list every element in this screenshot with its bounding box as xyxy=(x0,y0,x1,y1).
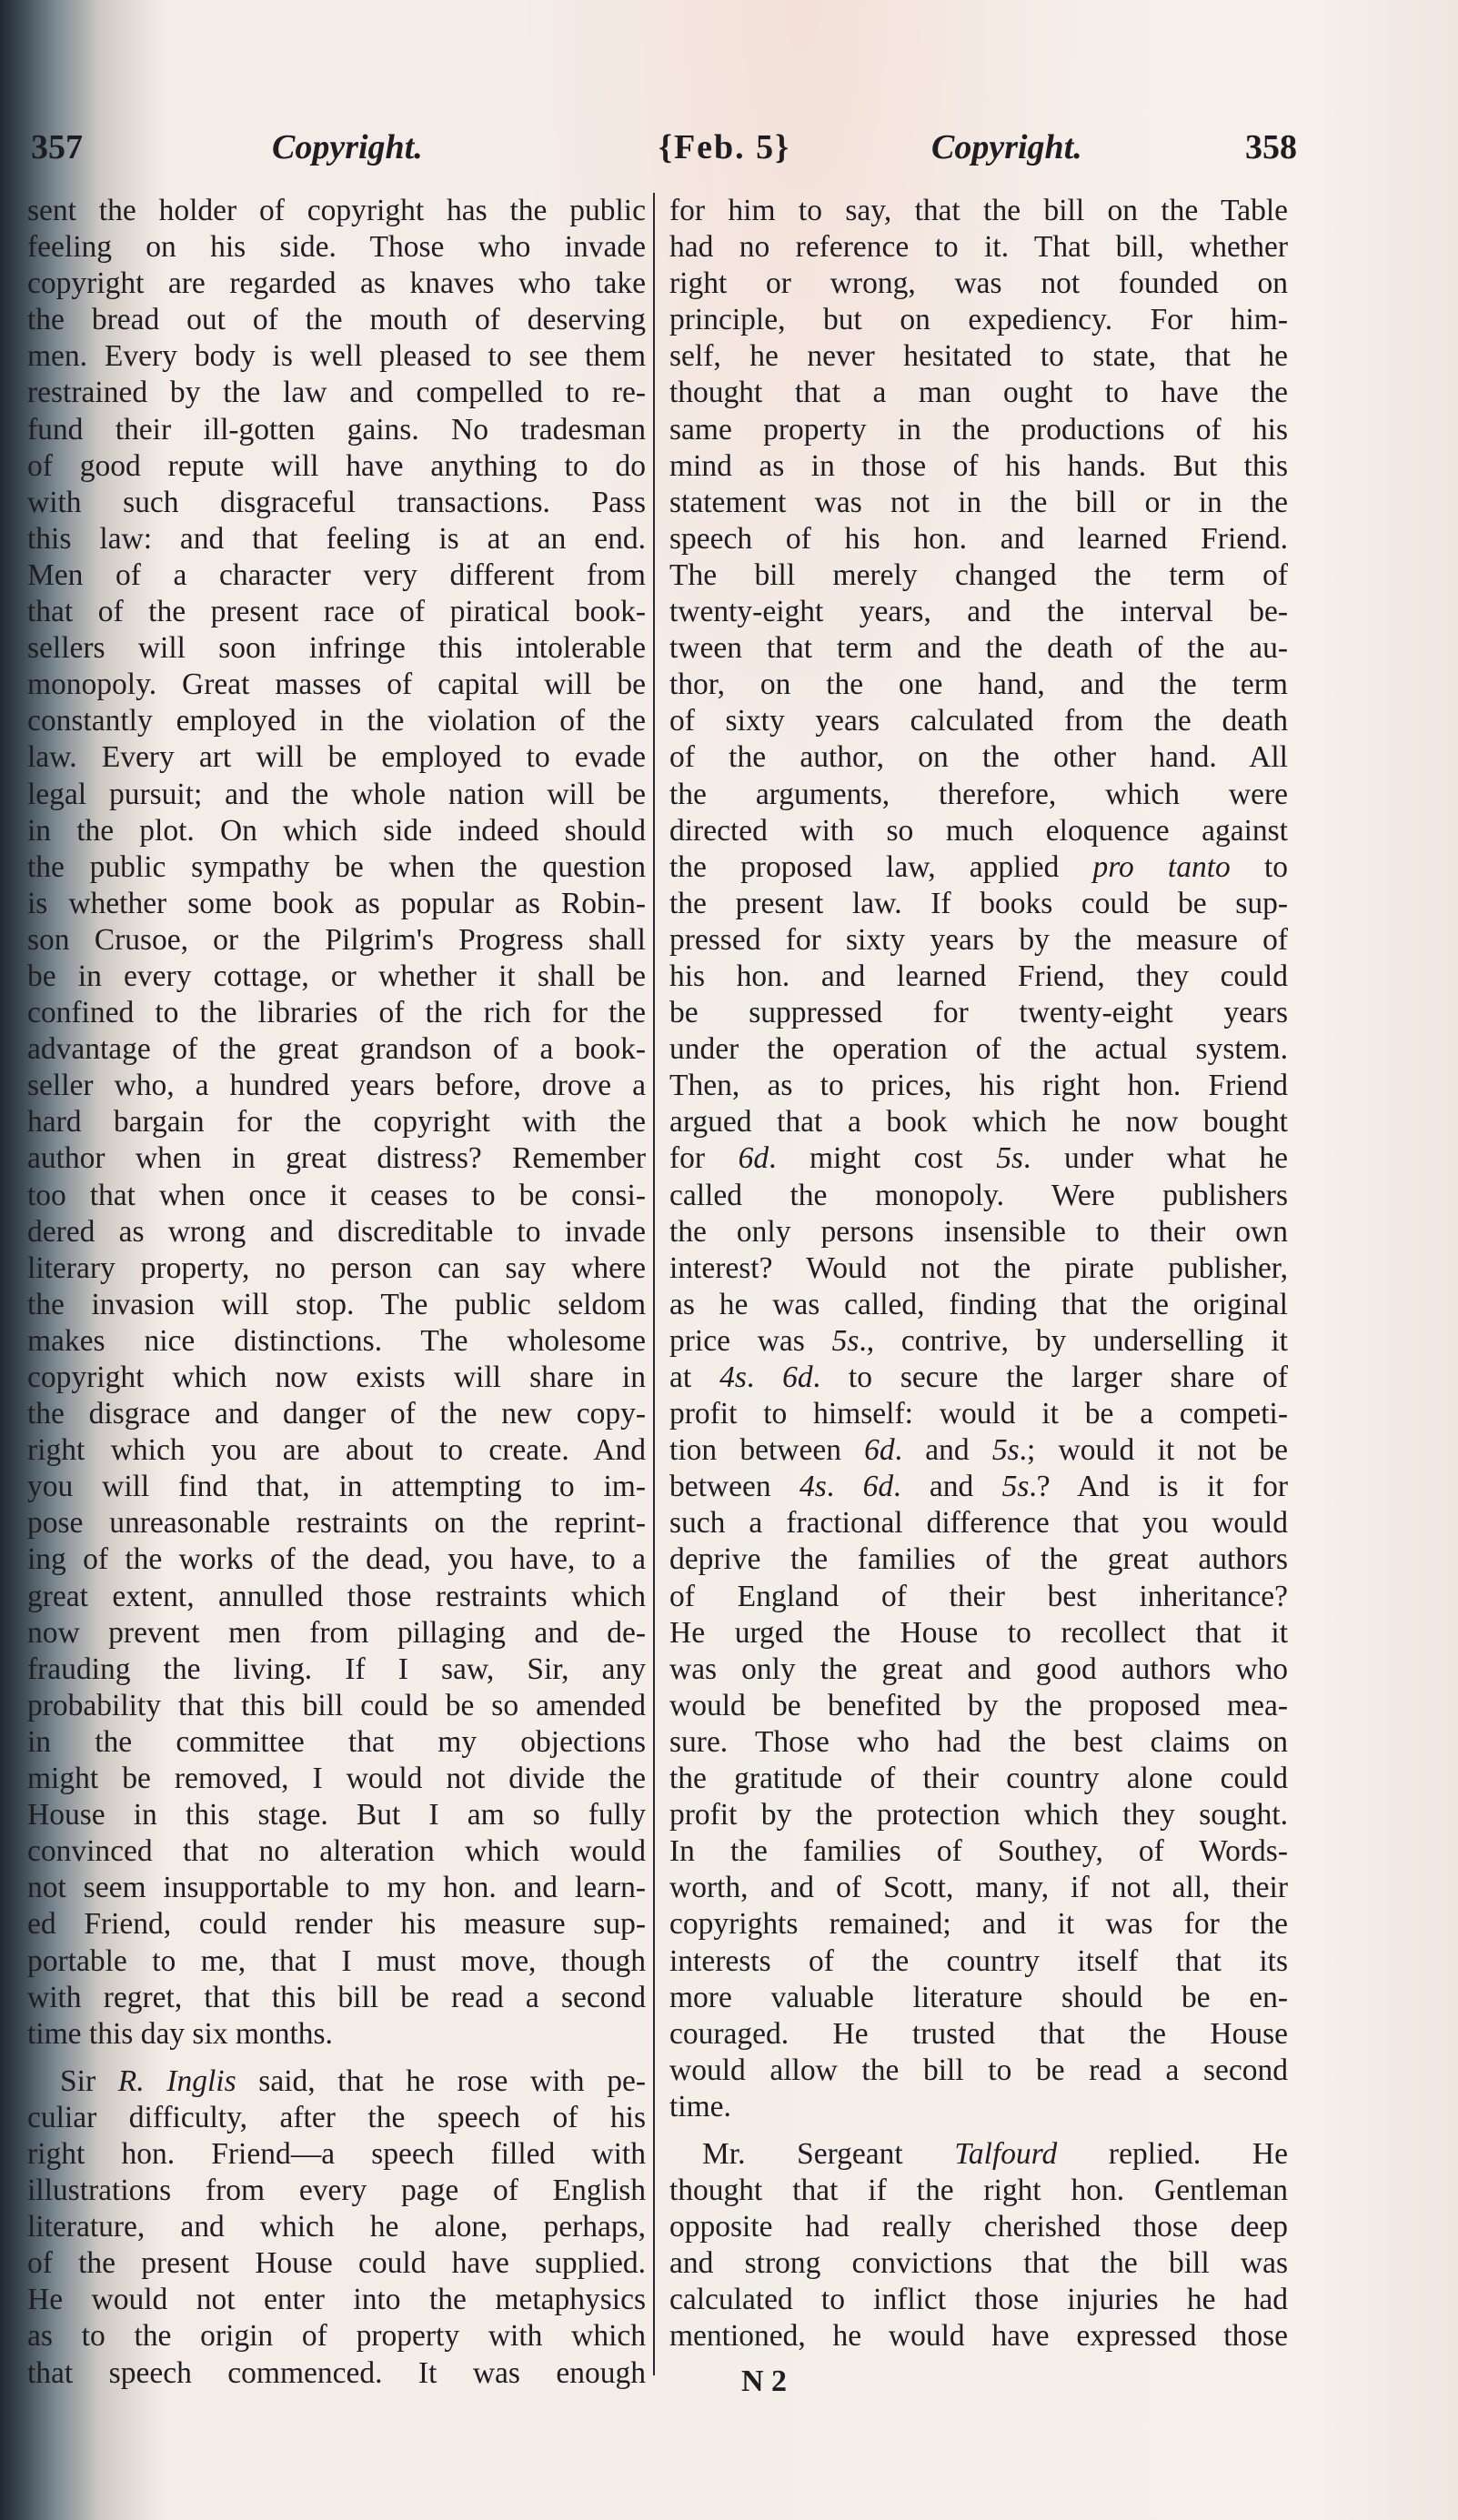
text-line: with regret, that this bill be read a se… xyxy=(27,1980,646,2016)
text-line: too that when once it ceases to be consi… xyxy=(27,1178,646,1214)
text-line: interest? Would not the pirate publisher… xyxy=(669,1250,1288,1287)
text-line: sent the holder of copyright has the pub… xyxy=(27,193,646,229)
text-line: Men of a character very different from xyxy=(27,557,646,594)
text-line: that of the present race of piratical bo… xyxy=(27,594,646,630)
text-line: be suppressed for twenty-eight years xyxy=(669,995,1288,1031)
text-line: profit to himself: would it be a competi… xyxy=(669,1396,1288,1432)
text-line: He urged the House to recollect that it xyxy=(669,1615,1288,1652)
text-line: thought that a man ought to have the xyxy=(669,375,1288,411)
text-line: the bread out of the mouth of deserving xyxy=(27,302,646,338)
text-line: be in every cottage, or whether it shall… xyxy=(27,959,646,995)
scanned-page: 357 Copyright. {Feb. 5} Copyright. 358 s… xyxy=(0,0,1458,2520)
text-line: such a fractional difference that you wo… xyxy=(669,1505,1288,1541)
text-line: you will find that, in attempting to im- xyxy=(27,1469,646,1505)
text-line: self, he never hesitated to state, that … xyxy=(669,338,1288,375)
text-line: of the author, on the other hand. All xyxy=(669,739,1288,776)
text-line: price was 5s., contrive, by underselling… xyxy=(669,1323,1288,1360)
text-line: for him to say, that the bill on the Tab… xyxy=(669,193,1288,229)
text-line: pose unreasonable restraints on the repr… xyxy=(27,1505,646,1541)
text-line: directed with so much eloquence against xyxy=(669,813,1288,849)
text-line: between 4s. 6d. and 5s.? And is it for xyxy=(669,1469,1288,1505)
text-line: House in this stage. But I am so fully xyxy=(27,1797,646,1833)
text-line: would allow the bill to be read a second xyxy=(669,2053,1288,2089)
text-line: this law: and that feeling is at an end. xyxy=(27,521,646,557)
text-line: called the monopoly. Were publishers xyxy=(669,1178,1288,1214)
text-line: of sixty years calculated from the death xyxy=(669,703,1288,739)
text-line: author when in great distress? Remember xyxy=(27,1140,646,1177)
left-column: sent the holder of copyright has the pub… xyxy=(27,193,646,2392)
text-line: in the committee that my objections xyxy=(27,1724,646,1761)
text-line: not seem insupportable to my hon. and le… xyxy=(27,1870,646,1906)
text-line: sellers will soon infringe this intolera… xyxy=(27,630,646,667)
text-line: at 4s. 6d. to secure the larger share of xyxy=(669,1360,1288,1396)
text-line: profit by the protection which they soug… xyxy=(669,1797,1288,1833)
text-line: right which you are about to create. And xyxy=(27,1432,646,1469)
text-line: convinced that no alteration which would xyxy=(27,1833,646,1870)
text-line: men. Every body is well pleased to see t… xyxy=(27,338,646,375)
text-line: He would not enter into the metaphysics xyxy=(27,2282,646,2318)
text-line: pressed for sixty years by the measure o… xyxy=(669,922,1288,959)
running-title-left: Copyright. xyxy=(272,127,423,167)
text-line: literature, and which he alone, perhaps, xyxy=(27,2209,646,2245)
text-line: worth, and of Scott, many, if not all, t… xyxy=(669,1870,1288,1906)
text-line: that speech commenced. It was enough xyxy=(27,2355,646,2392)
text-line: couraged. He trusted that the House xyxy=(669,2016,1288,2053)
text-line: and strong convictions that the bill was xyxy=(669,2245,1288,2282)
text-line: In the families of Southey, of Words- xyxy=(669,1833,1288,1870)
text-line: feeling on his side. Those who invade xyxy=(27,229,646,266)
text-line: makes nice distinctions. The wholesome xyxy=(27,1323,646,1360)
text-line: fund their ill-gotten gains. No tradesma… xyxy=(27,412,646,448)
text-line: constantly employed in the violation of … xyxy=(27,703,646,739)
text-line: principle, but on expediency. For him- xyxy=(669,302,1288,338)
speaker-line: Mr. Sergeant Talfourd replied. He xyxy=(669,2136,1288,2173)
text-line: his hon. and learned Friend, they could xyxy=(669,959,1288,995)
text-line: probability that this bill could be so a… xyxy=(27,1688,646,1724)
text-line: now prevent men from pillaging and de- xyxy=(27,1615,646,1652)
text-line: same property in the productions of his xyxy=(669,412,1288,448)
text-line: opposite had really cherished those deep xyxy=(669,2209,1288,2245)
text-line: the only persons insensible to their own xyxy=(669,1214,1288,1250)
text-line: tion between 6d. and 5s.; would it not b… xyxy=(669,1432,1288,1469)
text-line: the arguments, therefore, which were xyxy=(669,777,1288,813)
text-line: restrained by the law and compelled to r… xyxy=(27,375,646,411)
text-line: copyright which now exists will share in xyxy=(27,1360,646,1396)
text-line: had no reference to it. That bill, wheth… xyxy=(669,229,1288,266)
page-number-right: 358 xyxy=(1245,127,1297,167)
text-line: with such disgraceful transactions. Pass xyxy=(27,485,646,521)
text-line: interests of the country itself that its xyxy=(669,1943,1288,1980)
text-line: sure. Those who had the best claims on xyxy=(669,1724,1288,1761)
text-line: more valuable literature should be en- xyxy=(669,1980,1288,2016)
text-line: of the present House could have supplied… xyxy=(27,2245,646,2282)
text-line: The bill merely changed the term of xyxy=(669,557,1288,594)
text-line: copyrights remained; and it was for the xyxy=(669,1906,1288,1943)
header-date: {Feb. 5} xyxy=(659,127,790,167)
text-line: thor, on the one hand, and the term xyxy=(669,667,1288,703)
text-line: great extent, annulled those restraints … xyxy=(27,1579,646,1615)
text-line: deprive the families of the great author… xyxy=(669,1541,1288,1578)
text-line: argued that a book which he now bought xyxy=(669,1104,1288,1140)
text-line: is whether some book as popular as Robin… xyxy=(27,886,646,922)
text-line: the proposed law, applied pro tanto to xyxy=(669,849,1288,886)
text-line: speech of his hon. and learned Friend. xyxy=(669,521,1288,557)
page-number-left: 357 xyxy=(31,127,83,167)
text-line: seller who, a hundred years before, drov… xyxy=(27,1068,646,1104)
text-line: time this day six months. xyxy=(27,2016,646,2053)
text-line: Then, as to prices, his right hon. Frien… xyxy=(669,1068,1288,1104)
text-line: in the plot. On which side indeed should xyxy=(27,813,646,849)
text-line: copyright are regarded as knaves who tak… xyxy=(27,266,646,302)
text-line: advantage of the great grandson of a boo… xyxy=(27,1031,646,1068)
text-line: dered as wrong and discreditable to inva… xyxy=(27,1214,646,1250)
text-line: portable to me, that I must move, though xyxy=(27,1943,646,1980)
text-line: frauding the living. If I saw, Sir, any xyxy=(27,1652,646,1688)
text-line: of England of their best inheritance? xyxy=(669,1579,1288,1615)
text-line: mentioned, he would have expressed those xyxy=(669,2318,1288,2354)
text-line: of good repute will have anything to do xyxy=(27,448,646,485)
text-line: the disgrace and danger of the new copy- xyxy=(27,1396,646,1432)
text-line: ed Friend, could render his measure sup- xyxy=(27,1906,646,1943)
text-line: illustrations from every page of English xyxy=(27,2173,646,2209)
running-title-right: Copyright. xyxy=(931,127,1082,167)
text-line: law. Every art will be employed to evade xyxy=(27,739,646,776)
text-line: literary property, no person can say whe… xyxy=(27,1250,646,1287)
column-divider xyxy=(653,193,655,2375)
text-line: monopoly. Great masses of capital will b… xyxy=(27,667,646,703)
text-line: the present law. If books could be sup- xyxy=(669,886,1288,922)
text-line: the invasion will stop. The public seldo… xyxy=(27,1287,646,1323)
text-line: hard bargain for the copyright with the xyxy=(27,1104,646,1140)
text-line: under the operation of the actual system… xyxy=(669,1031,1288,1068)
text-line: legal pursuit; and the whole nation will… xyxy=(27,777,646,813)
text-line: calculated to inflict those injuries he … xyxy=(669,2282,1288,2318)
text-line: would be benefited by the proposed mea- xyxy=(669,1688,1288,1724)
text-line: thought that if the right hon. Gentleman xyxy=(669,2173,1288,2209)
text-line: tween that term and the death of the au- xyxy=(669,630,1288,667)
text-line: time. xyxy=(669,2089,1288,2125)
text-line: the public sympathy be when the question xyxy=(27,849,646,886)
text-line: mind as in those of his hands. But this xyxy=(669,448,1288,485)
text-line: right or wrong, was not founded on xyxy=(669,266,1288,302)
running-header: 357 Copyright. {Feb. 5} Copyright. 358 xyxy=(31,127,1322,182)
text-line: statement was not in the bill or in the xyxy=(669,485,1288,521)
right-column: for him to say, that the bill on the Tab… xyxy=(669,193,1288,2355)
text-line: as he was called, finding that the origi… xyxy=(669,1287,1288,1323)
text-line: culiar difficulty, after the speech of h… xyxy=(27,2100,646,2136)
text-line: for 6d. might cost 5s. under what he xyxy=(669,1140,1288,1177)
text-line: the gratitude of their country alone cou… xyxy=(669,1761,1288,1797)
text-line: as to the origin of property with which xyxy=(27,2318,646,2354)
text-line: twenty-eight years, and the interval be- xyxy=(669,594,1288,630)
text-line: might be removed, I would not divide the xyxy=(27,1761,646,1797)
text-line: son Crusoe, or the Pilgrim's Progress sh… xyxy=(27,922,646,959)
text-line: was only the great and good authors who xyxy=(669,1652,1288,1688)
text-line: confined to the libraries of the rich fo… xyxy=(27,995,646,1031)
text-line: right hon. Friend—a speech filled with xyxy=(27,2136,646,2173)
speaker-line: Sir R. Inglis said, that he rose with pe… xyxy=(27,2063,646,2100)
signature-mark: N 2 xyxy=(741,2364,787,2399)
text-line: ing of the works of the dead, you have, … xyxy=(27,1541,646,1578)
